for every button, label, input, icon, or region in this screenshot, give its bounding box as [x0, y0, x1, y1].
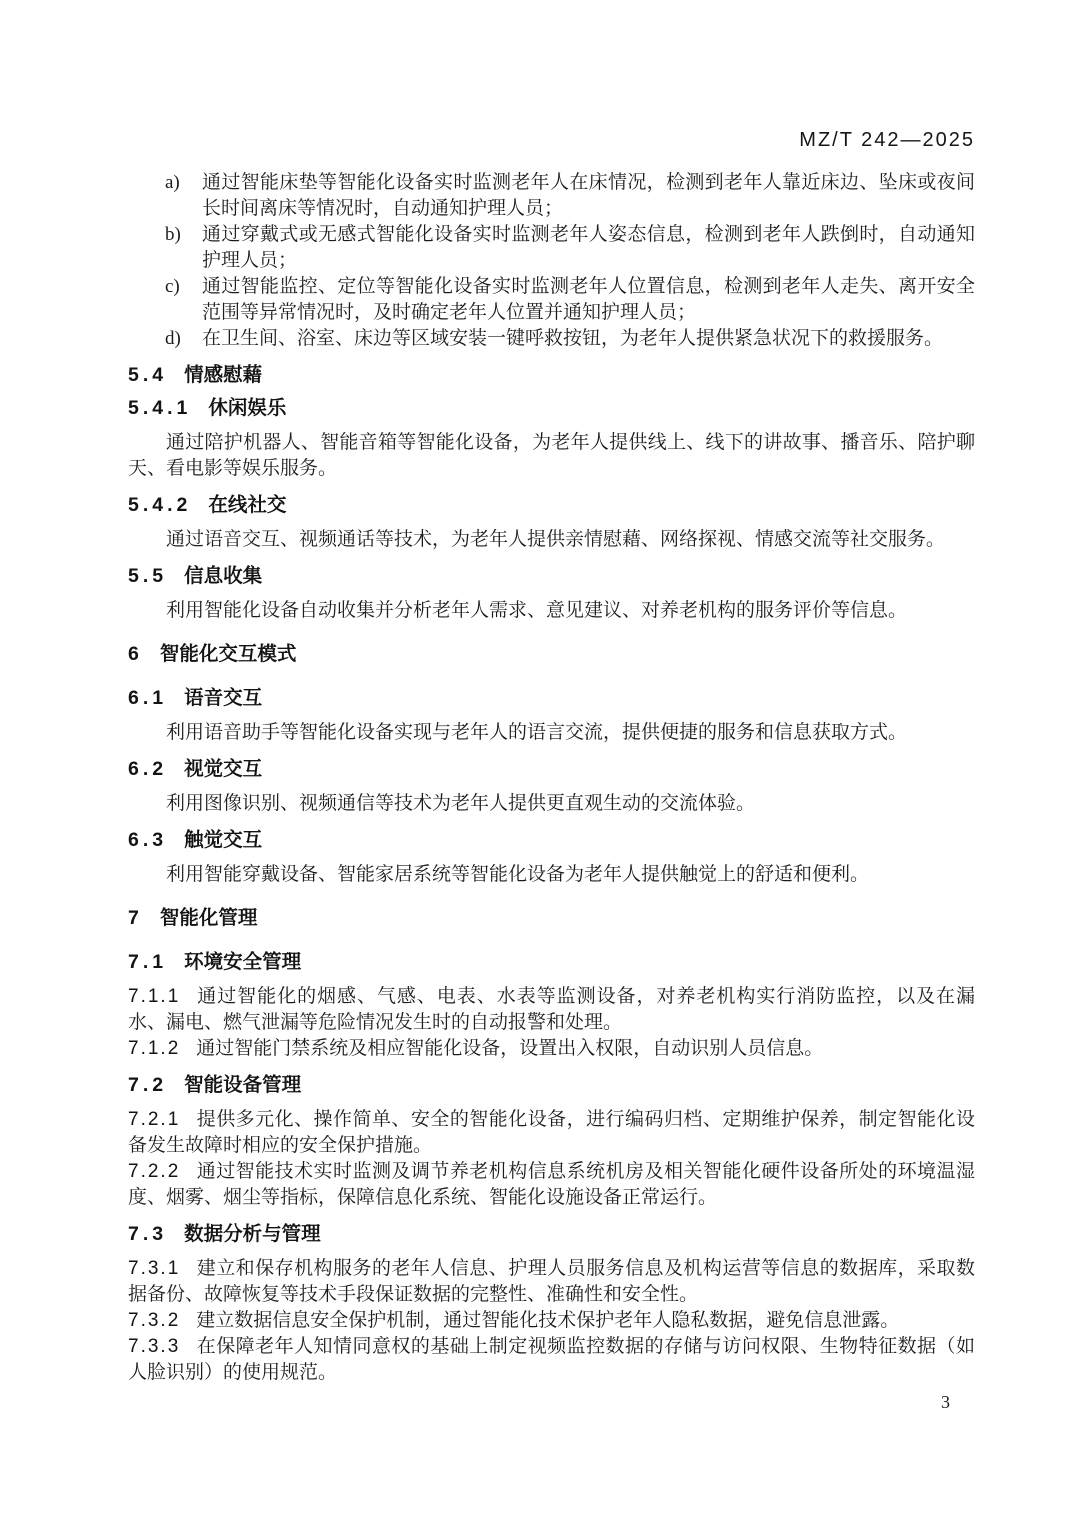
clause-7-3-1: 7.3.1建立和保存机构服务的老年人信息、护理人员服务信息及机构运营等信息的数据… — [128, 1256, 975, 1308]
heading-6-2: 6.2视觉交互 — [128, 759, 975, 779]
list-text: 在卫生间、浴室、床边等区域安装一键呼救按钮，为老年人提供紧急状况下的救援服务。 — [202, 328, 943, 349]
clause-text: 提供多元化、操作简单、安全的智能化设备，进行编码归档、定期维护保养，制定智能化设… — [128, 1109, 975, 1156]
paragraph-6-1: 利用语音助手等智能化设备实现与老年人的语言交流，提供便捷的服务和信息获取方式。 — [128, 720, 975, 746]
page-content: MZ/T 242—2025 a) 通过智能床垫等智能化设备实时监测老年人在床情况… — [128, 130, 975, 1386]
page-number: 3 — [941, 1392, 950, 1412]
heading-title: 智能化交互模式 — [160, 643, 297, 665]
document-code: MZ/T 242—2025 — [128, 130, 975, 150]
heading-number: 6.1 — [128, 687, 167, 709]
heading-5-5: 5.5信息收集 — [128, 566, 975, 586]
clause-text: 在保障老年人知情同意权的基础上制定视频监控数据的存储与访问权限、生物特征数据（如… — [128, 1336, 975, 1383]
paragraph-6-2: 利用图像识别、视频通信等技术为老年人提供更直观生动的交流体验。 — [128, 791, 975, 817]
list-marker: c) — [165, 274, 180, 300]
heading-number: 5.5 — [128, 565, 167, 587]
heading-title: 语音交互 — [184, 687, 262, 709]
clause-7-2-2: 7.2.2通过智能技术实时监测及调节养老机构信息系统机房及相关智能化硬件设备所处… — [128, 1159, 975, 1211]
clause-number: 7.2.2 — [128, 1161, 180, 1182]
lettered-list: a) 通过智能床垫等智能化设备实时监测老年人在床情况，检测到老年人靠近床边、坠床… — [128, 170, 975, 352]
heading-title: 智能化管理 — [160, 907, 258, 929]
heading-number: 5.4.1 — [128, 397, 191, 419]
clause-number: 7.1.1 — [128, 986, 180, 1007]
list-item: b) 通过穿戴式或无感式智能化设备实时监测老年人姿态信息，检测到老年人跌倒时，自… — [128, 222, 975, 274]
heading-6: 6智能化交互模式 — [128, 644, 975, 664]
list-text: 通过智能床垫等智能化设备实时监测老年人在床情况，检测到老年人靠近床边、坠床或夜间… — [202, 172, 975, 219]
clause-number: 7.2.1 — [128, 1109, 180, 1130]
heading-title: 数据分析与管理 — [184, 1223, 321, 1245]
clause-text: 建立数据信息安全保护机制，通过智能化技术保护老年人隐私数据，避免信息泄露。 — [196, 1310, 899, 1331]
heading-number: 7.2 — [128, 1074, 167, 1096]
clause-text: 通过智能技术实时监测及调节养老机构信息系统机房及相关智能化硬件设备所处的环境温湿… — [128, 1161, 975, 1208]
heading-title: 情感慰藉 — [184, 364, 262, 386]
clause-7-3-3: 7.3.3在保障老年人知情同意权的基础上制定视频监控数据的存储与访问权限、生物特… — [128, 1334, 975, 1386]
heading-title: 休闲娱乐 — [208, 397, 286, 419]
heading-number: 6 — [128, 643, 143, 665]
clause-number: 7.3.3 — [128, 1336, 180, 1357]
clause-text: 通过智能化的烟感、气感、电表、水表等监测设备，对养老机构实行消防监控，以及在漏水… — [128, 986, 975, 1033]
clause-7-2-1: 7.2.1提供多元化、操作简单、安全的智能化设备，进行编码归档、定期维护保养，制… — [128, 1107, 975, 1159]
heading-title: 信息收集 — [184, 565, 262, 587]
heading-title: 智能设备管理 — [184, 1074, 301, 1096]
heading-5-4: 5.4情感慰藉 — [128, 365, 975, 385]
heading-number: 5.4.2 — [128, 494, 191, 516]
heading-6-3: 6.3触觉交互 — [128, 830, 975, 850]
heading-number: 5.4 — [128, 364, 167, 386]
heading-title: 环境安全管理 — [184, 951, 301, 973]
heading-7-2: 7.2智能设备管理 — [128, 1075, 975, 1095]
clause-7-1-2: 7.1.2通过智能门禁系统及相应智能化设备，设置出入权限，自动识别人员信息。 — [128, 1036, 975, 1062]
paragraph-5-4-1: 通过陪护机器人、智能音箱等智能化设备，为老年人提供线上、线下的讲故事、播音乐、陪… — [128, 430, 975, 482]
list-marker: b) — [165, 222, 181, 248]
heading-title: 在线社交 — [208, 494, 286, 516]
list-marker: a) — [165, 170, 180, 196]
heading-number: 7 — [128, 907, 143, 929]
list-marker: d) — [165, 326, 181, 352]
paragraph-5-4-2: 通过语音交互、视频通话等技术，为老年人提供亲情慰藉、网络探视、情感交流等社交服务… — [128, 527, 975, 553]
list-item: c) 通过智能监控、定位等智能化设备实时监测老年人位置信息，检测到老年人走失、离… — [128, 274, 975, 326]
list-text: 通过智能监控、定位等智能化设备实时监测老年人位置信息，检测到老年人走失、离开安全… — [202, 276, 975, 323]
paragraph-6-3: 利用智能穿戴设备、智能家居系统等智能化设备为老年人提供触觉上的舒适和便利。 — [128, 862, 975, 888]
clause-7-1-1: 7.1.1通过智能化的烟感、气感、电表、水表等监测设备，对养老机构实行消防监控，… — [128, 984, 975, 1036]
heading-number: 7.3 — [128, 1223, 167, 1245]
clause-number: 7.3.2 — [128, 1310, 180, 1331]
clause-number: 7.1.2 — [128, 1038, 180, 1059]
list-item: d) 在卫生间、浴室、床边等区域安装一键呼救按钮，为老年人提供紧急状况下的救援服… — [128, 326, 975, 352]
clause-text: 建立和保存机构服务的老年人信息、护理人员服务信息及机构运营等信息的数据库，采取数… — [128, 1258, 975, 1305]
heading-7-3: 7.3数据分析与管理 — [128, 1224, 975, 1244]
list-item: a) 通过智能床垫等智能化设备实时监测老年人在床情况，检测到老年人靠近床边、坠床… — [128, 170, 975, 222]
heading-title: 视觉交互 — [184, 758, 262, 780]
clause-number: 7.3.1 — [128, 1258, 180, 1279]
clause-text: 通过智能门禁系统及相应智能化设备，设置出入权限，自动识别人员信息。 — [196, 1038, 823, 1059]
heading-6-1: 6.1语音交互 — [128, 688, 975, 708]
heading-7: 7智能化管理 — [128, 908, 975, 928]
heading-title: 触觉交互 — [184, 829, 262, 851]
heading-7-1: 7.1环境安全管理 — [128, 952, 975, 972]
clause-7-3-2: 7.3.2建立数据信息安全保护机制，通过智能化技术保护老年人隐私数据，避免信息泄… — [128, 1308, 975, 1334]
heading-5-4-2: 5.4.2在线社交 — [128, 495, 975, 515]
paragraph-5-5: 利用智能化设备自动收集并分析老年人需求、意见建议、对养老机构的服务评价等信息。 — [128, 598, 975, 624]
list-text: 通过穿戴式或无感式智能化设备实时监测老年人姿态信息，检测到老年人跌倒时，自动通知… — [202, 224, 975, 271]
heading-number: 7.1 — [128, 951, 167, 973]
heading-number: 6.2 — [128, 758, 167, 780]
heading-number: 6.3 — [128, 829, 167, 851]
heading-5-4-1: 5.4.1休闲娱乐 — [128, 398, 975, 418]
document-page: MZ/T 242—2025 a) 通过智能床垫等智能化设备实时监测老年人在床情况… — [0, 0, 1074, 1520]
